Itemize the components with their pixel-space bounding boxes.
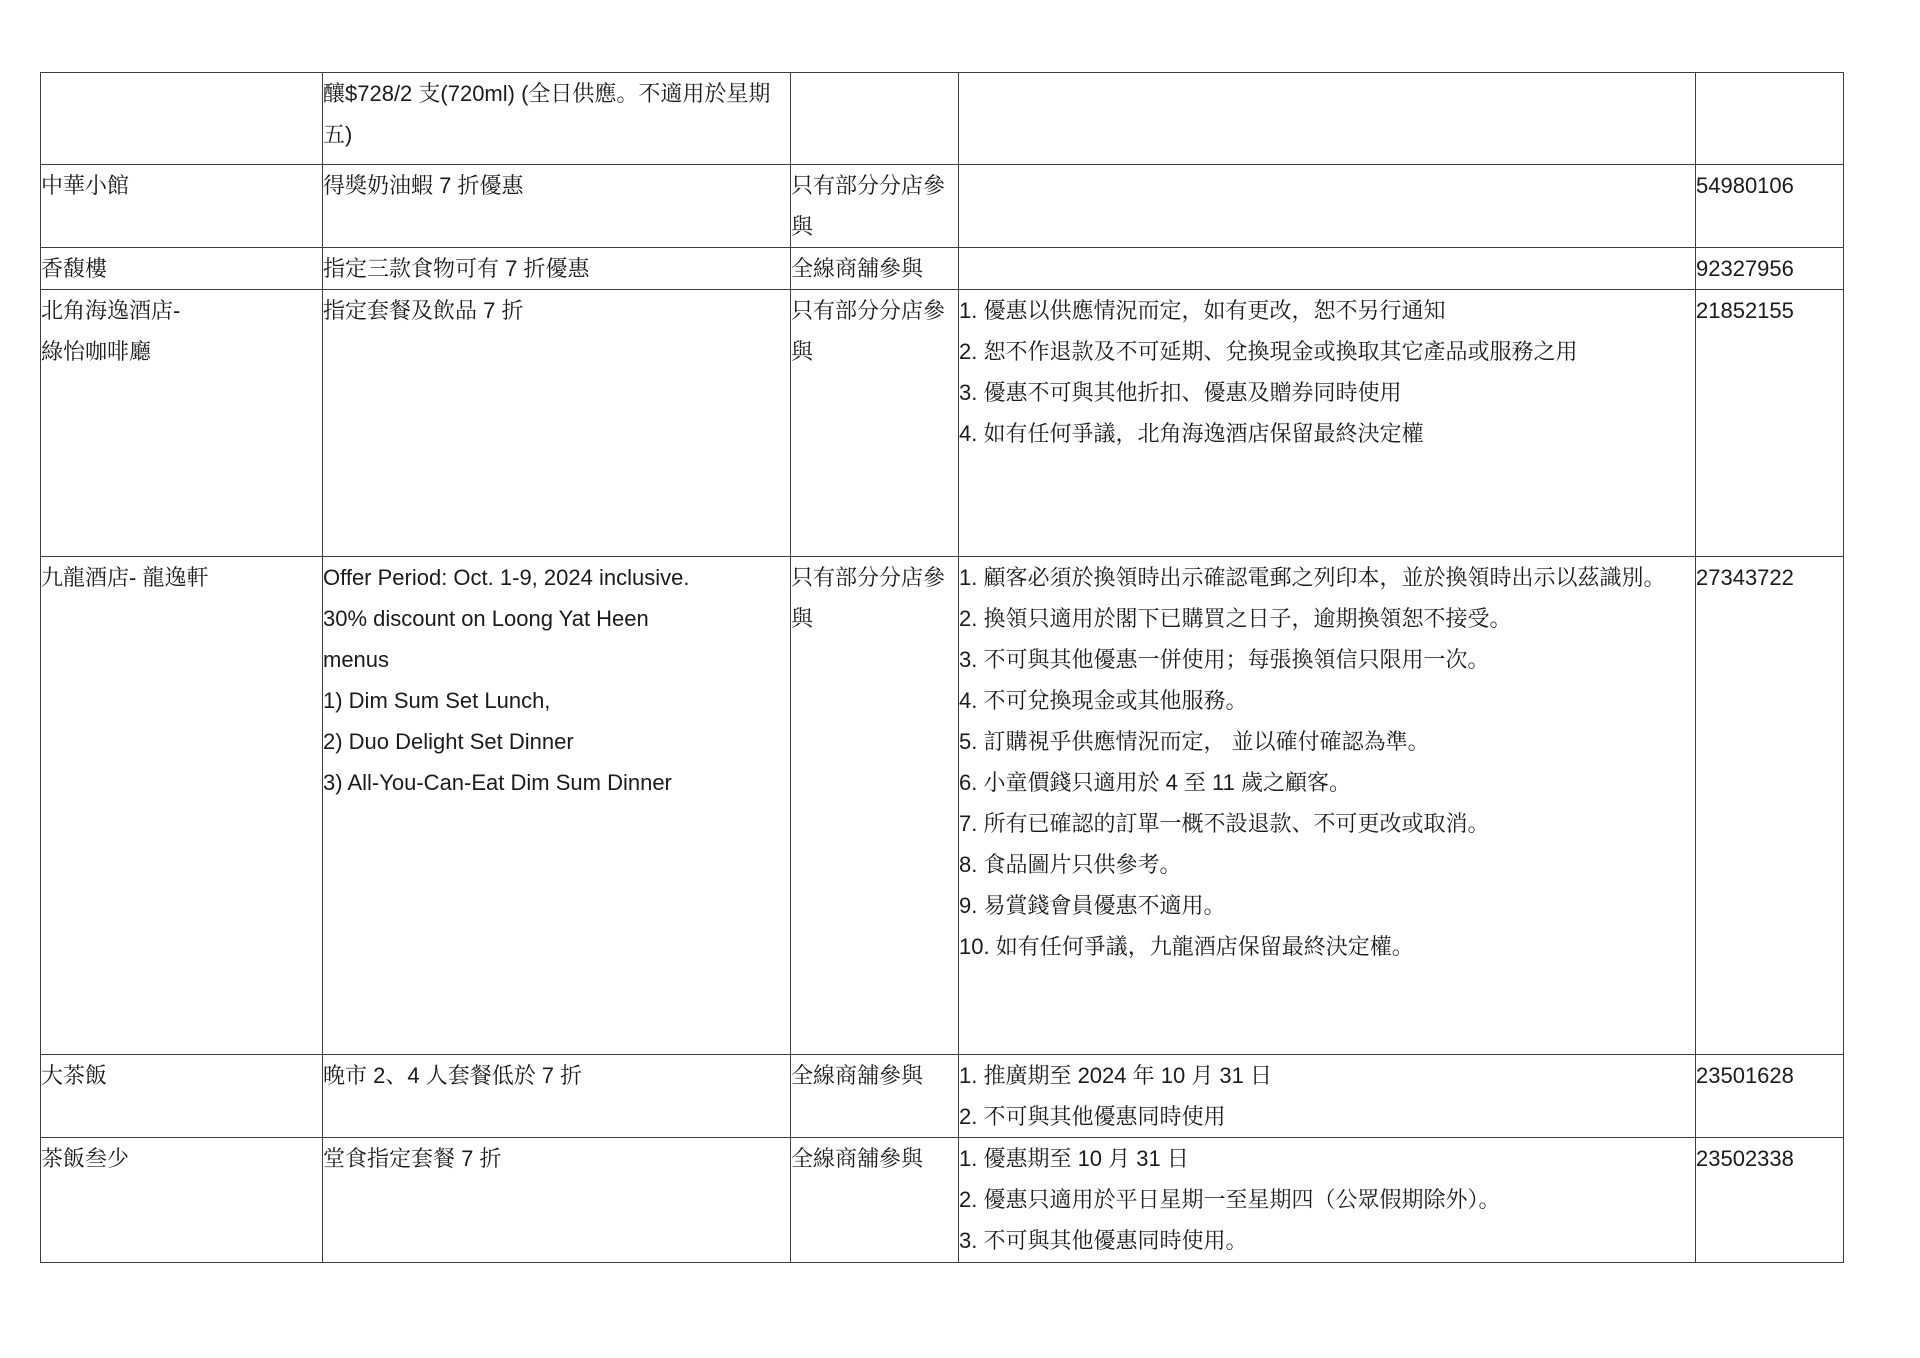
participation-status xyxy=(791,73,959,165)
participation-status: 只有部分分店參與 xyxy=(791,290,959,557)
merchant-name: 大茶飯 xyxy=(41,1055,323,1138)
offer-description: 指定套餐及飲品 7 折 xyxy=(323,290,791,557)
participation-status: 全線商舖參與 xyxy=(791,1138,959,1263)
offer-description: 釀$728/2 支(720ml) (全日供應。不適用於星期五) xyxy=(323,73,791,165)
table-row: 香馥樓 指定三款食物可有 7 折優惠 全線商舖參與 92327956 xyxy=(41,248,1844,290)
participation-status: 全線商舖參與 xyxy=(791,248,959,290)
participation-status: 只有部分分店參與 xyxy=(791,557,959,1055)
merchant-name: 香馥樓 xyxy=(41,248,323,290)
phone-number: 23502338 xyxy=(1696,1138,1844,1263)
table-row: 釀$728/2 支(720ml) (全日供應。不適用於星期五) xyxy=(41,73,1844,165)
offer-description: 晚市 2、4 人套餐低於 7 折 xyxy=(323,1055,791,1138)
table-row: 九龍酒店- 龍逸軒 Offer Period: Oct. 1-9, 2024 i… xyxy=(41,557,1844,1055)
table-row: 大茶飯 晚市 2、4 人套餐低於 7 折 全線商舖參與 1. 推廣期至 2024… xyxy=(41,1055,1844,1138)
terms-and-conditions: 1. 優惠以供應情況而定，如有更改，恕不另行通知 2. 恕不作退款及不可延期、兌… xyxy=(959,290,1696,557)
table-row: 茶飯叁少 堂食指定套餐 7 折 全線商舖參與 1. 優惠期至 10 月 31 日… xyxy=(41,1138,1844,1263)
terms-and-conditions xyxy=(959,165,1696,248)
table-row: 北角海逸酒店- 綠怡咖啡廳 指定套餐及飲品 7 折 只有部分分店參與 1. 優惠… xyxy=(41,290,1844,557)
phone-number: 92327956 xyxy=(1696,248,1844,290)
offers-table: 釀$728/2 支(720ml) (全日供應。不適用於星期五) 中華小館 得獎奶… xyxy=(40,72,1844,1263)
terms-and-conditions: 1. 顧客必須於換領時出示確認電郵之列印本，並於換領時出示以茲識別。 2. 換領… xyxy=(959,557,1696,1055)
terms-and-conditions: 1. 推廣期至 2024 年 10 月 31 日 2. 不可與其他優惠同時使用 xyxy=(959,1055,1696,1138)
offer-description: Offer Period: Oct. 1-9, 2024 inclusive. … xyxy=(323,557,791,1055)
terms-and-conditions xyxy=(959,73,1696,165)
phone-number: 21852155 xyxy=(1696,290,1844,557)
offer-description: 指定三款食物可有 7 折優惠 xyxy=(323,248,791,290)
merchant-name: 北角海逸酒店- 綠怡咖啡廳 xyxy=(41,290,323,557)
participation-status: 全線商舖參與 xyxy=(791,1055,959,1138)
merchant-name: 中華小館 xyxy=(41,165,323,248)
merchant-name xyxy=(41,73,323,165)
phone-number: 54980106 xyxy=(1696,165,1844,248)
phone-number: 27343722 xyxy=(1696,557,1844,1055)
terms-and-conditions xyxy=(959,248,1696,290)
offer-description: 堂食指定套餐 7 折 xyxy=(323,1138,791,1263)
terms-and-conditions: 1. 優惠期至 10 月 31 日 2. 優惠只適用於平日星期一至星期四（公眾假… xyxy=(959,1138,1696,1263)
merchant-name: 九龍酒店- 龍逸軒 xyxy=(41,557,323,1055)
merchant-name: 茶飯叁少 xyxy=(41,1138,323,1263)
table-row: 中華小館 得獎奶油蝦 7 折優惠 只有部分分店參與 54980106 xyxy=(41,165,1844,248)
offer-description: 得獎奶油蝦 7 折優惠 xyxy=(323,165,791,248)
participation-status: 只有部分分店參與 xyxy=(791,165,959,248)
phone-number: 23501628 xyxy=(1696,1055,1844,1138)
phone-number xyxy=(1696,73,1844,165)
